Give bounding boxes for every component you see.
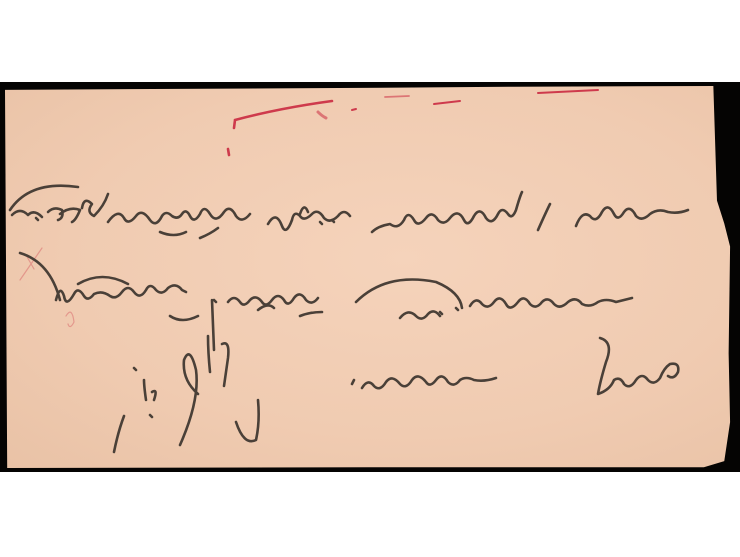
red-marks bbox=[20, 90, 598, 327]
handwriting-layer bbox=[0, 0, 740, 557]
address-line-2 bbox=[20, 253, 632, 320]
signature bbox=[114, 300, 259, 452]
address-line-1 bbox=[10, 186, 688, 238]
handwriting bbox=[10, 186, 688, 452]
address-line-3 bbox=[352, 338, 678, 394]
